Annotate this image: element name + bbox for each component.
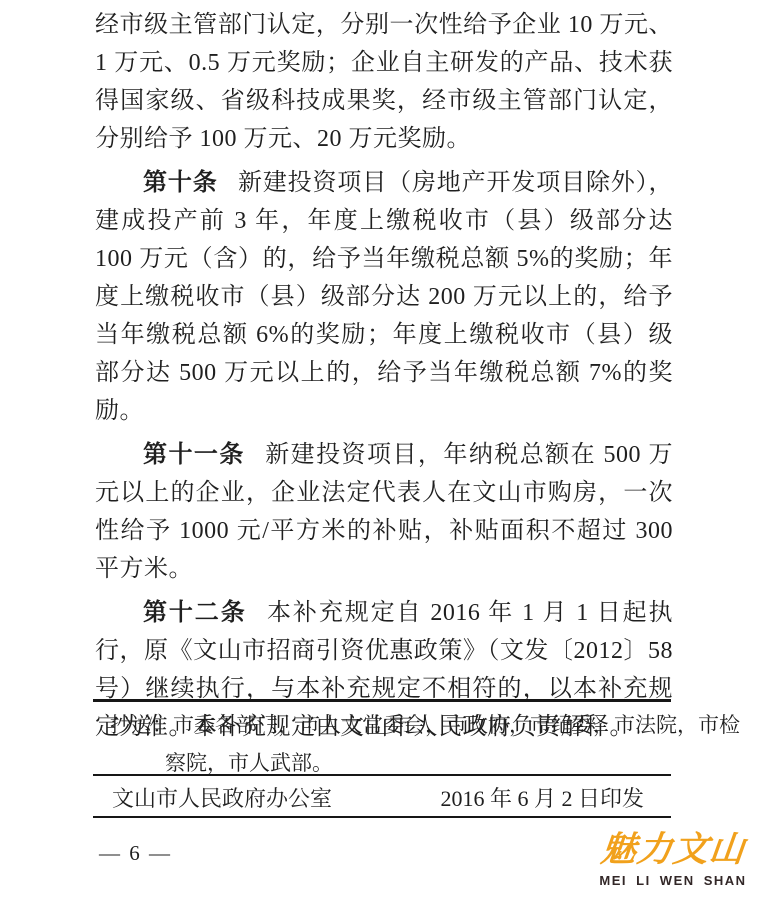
- article-number: 第十一条: [143, 442, 265, 468]
- print-date: 2016 年 6 月 2 日印发: [440, 781, 644, 817]
- paragraph-text: 新建投资项目（房地产开发项目除外），建成投产前 3 年，年度上缴税收市（县）级部…: [95, 170, 673, 424]
- logo-chinese-calligraphy: 魅力文山: [594, 830, 752, 870]
- footer-divider-bottom: [93, 816, 671, 818]
- issuing-row: 文山市人民政府办公室 2016 年 6 月 2 日印发: [93, 781, 671, 817]
- copy-to-line-2: 察院，市人武部。: [165, 744, 670, 782]
- logo-english-caption: MEI LI WEN SHAN: [596, 873, 750, 888]
- issuing-office: 文山市人民政府办公室: [112, 781, 332, 817]
- footer-divider-top: [93, 699, 671, 702]
- article-number: 第十条: [143, 170, 238, 196]
- footer-divider-middle: [93, 774, 671, 776]
- article-number: 第十二条: [143, 600, 267, 626]
- copy-to-label: 抄送：: [110, 713, 173, 737]
- copy-to-recipients: 市委各部门，市人大常委会，市政协，市纪委，市法院，市检: [173, 713, 740, 737]
- copy-to-note: 抄送：市委各部门，市人大常委会，市政协，市纪委，市法院，市检 察院，市人武部。: [110, 706, 670, 782]
- document-page: 经市级主管部门认定，分别一次性给予企业 10 万元、1 万元、0.5 万元奖励；…: [0, 0, 758, 902]
- copy-to-line-1: 抄送：市委各部门，市人大常委会，市政协，市纪委，市法院，市检: [110, 706, 670, 744]
- page-number: — 6 —: [99, 841, 172, 866]
- document-body: 经市级主管部门认定，分别一次性给予企业 10 万元、1 万元、0.5 万元奖励；…: [95, 6, 673, 746]
- brand-logo: 魅力文山 MEI LI WEN SHAN: [596, 830, 750, 888]
- body-paragraph-continuation: 经市级主管部门认定，分别一次性给予企业 10 万元、1 万元、0.5 万元奖励；…: [95, 6, 673, 158]
- body-paragraph-article-10: 第十条新建投资项目（房地产开发项目除外），建成投产前 3 年，年度上缴税收市（县…: [95, 164, 673, 430]
- paragraph-text: 经市级主管部门认定，分别一次性给予企业 10 万元、1 万元、0.5 万元奖励；…: [95, 12, 673, 152]
- body-paragraph-article-11: 第十一条新建投资项目，年纳税总额在 500 万元以上的企业，企业法定代表人在文山…: [95, 436, 673, 588]
